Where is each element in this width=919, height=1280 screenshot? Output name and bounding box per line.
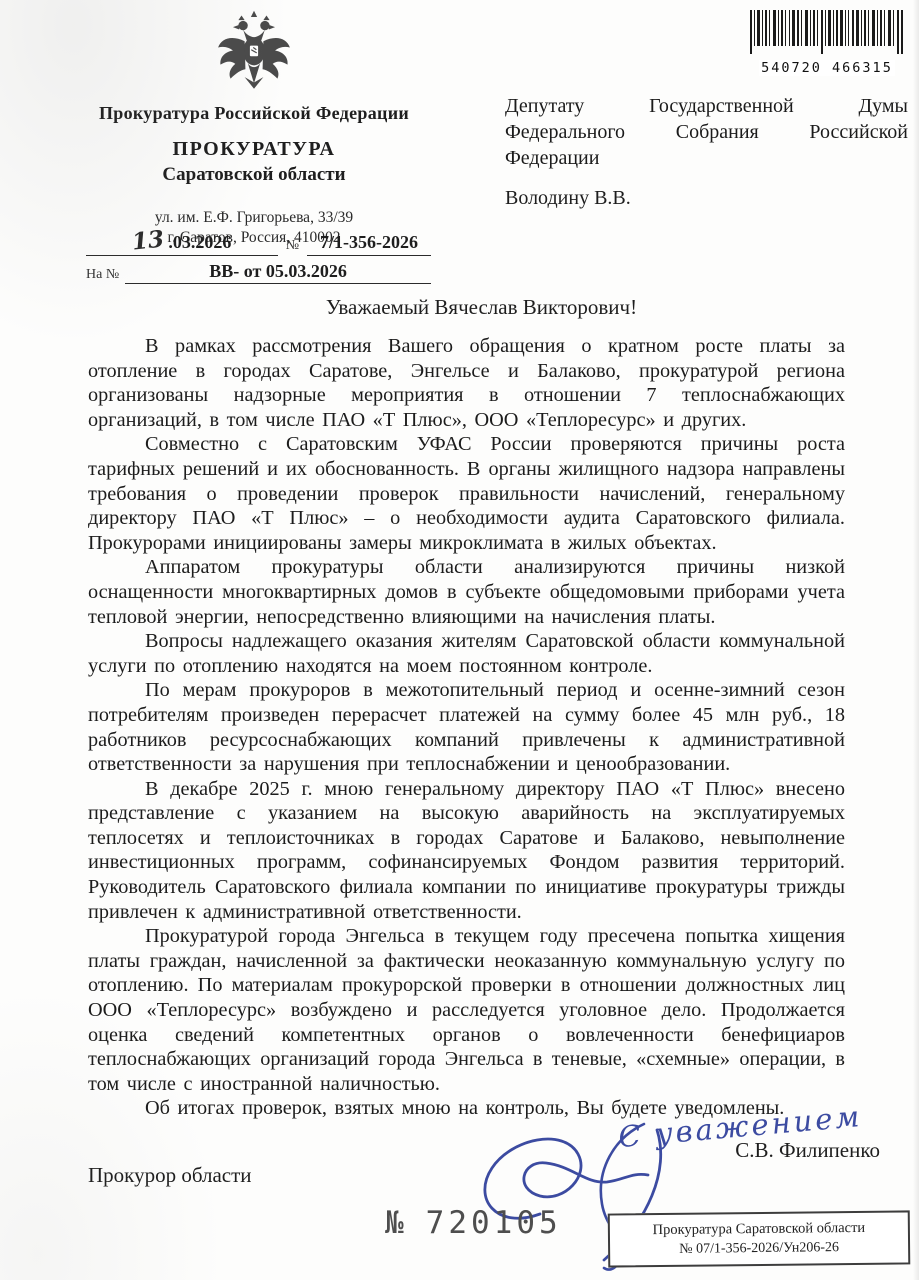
reference-value-field: ВВ- от 05.03.2026 bbox=[125, 261, 431, 284]
stamp-org-line: Прокуратура Саратовской области bbox=[610, 1219, 908, 1239]
org-address-line1: ул. им. Е.Ф. Григорьева, 33/39 bbox=[86, 208, 422, 228]
registration-stamp-box: Прокуратура Саратовской области № 07/1-3… bbox=[608, 1210, 911, 1267]
registration-number: №720105 bbox=[385, 1205, 562, 1241]
addressee-title: Депутату Государственной Думы Федерально… bbox=[505, 93, 908, 171]
reference-row: На № ВВ- от 05.03.2026 bbox=[86, 261, 431, 284]
org-top-line: Прокуратура Российской Федерации bbox=[86, 103, 422, 124]
date-row: 13.03.2026 № 7/1-356-2026 bbox=[86, 227, 431, 256]
barcode-bars-icon bbox=[748, 10, 906, 54]
paragraph-1: В рамках рассмотрения Вашего обращения о… bbox=[88, 334, 845, 432]
signer-position: Прокурор области bbox=[88, 1163, 252, 1188]
registration-number-sign: № bbox=[385, 1205, 408, 1241]
letterhead: Прокуратура Российской Федерации ПРОКУРА… bbox=[86, 8, 422, 248]
reference-label: На № bbox=[86, 267, 119, 284]
paragraph-7: Прокуратурой города Энгельса в текущем г… bbox=[88, 924, 845, 1096]
paragraph-6: В декабре 2025 г. мною генеральному дире… bbox=[88, 777, 845, 925]
coat-of-arms-icon bbox=[215, 8, 293, 95]
org-region: Саратовской области bbox=[86, 164, 422, 186]
scanned-letter-page: Прокуратура Российской Федерации ПРОКУРА… bbox=[0, 0, 919, 1280]
registration-number-value: 720105 bbox=[426, 1205, 562, 1241]
handwritten-day: 13 bbox=[131, 225, 166, 255]
addressee-name: Володину В.В. bbox=[505, 187, 908, 210]
date-number-block: 13.03.2026 № 7/1-356-2026 На № ВВ- от 05… bbox=[86, 227, 431, 284]
barcode: 540720 466315 bbox=[748, 10, 906, 77]
paragraph-4: Вопросы надлежащего оказания жителям Сар… bbox=[88, 629, 845, 678]
stamp-number-line: № 07/1-356-2026/Ун206-26 bbox=[610, 1239, 908, 1258]
doc-number-field: 7/1-356-2026 bbox=[307, 232, 431, 256]
barcode-digits: 540720 466315 bbox=[759, 60, 895, 76]
number-sign: № bbox=[286, 238, 299, 254]
salutation: Уважаемый Вячеслав Викторович! bbox=[88, 295, 845, 320]
paragraph-5: По мерам прокуроров в межотопительный пе… bbox=[88, 678, 845, 776]
letter-body: В рамках рассмотрения Вашего обращения о… bbox=[88, 334, 845, 1121]
date-rest: .03.2026 bbox=[168, 232, 231, 252]
signer-name: С.В. Филипенко bbox=[700, 1138, 880, 1163]
addressee-block: 540720 466315 Депутату Государственной Д… bbox=[505, 10, 908, 210]
paragraph-2: Совместно с Саратовским УФАС России пров… bbox=[88, 432, 845, 555]
paragraph-3: Аппаратом прокуратуры области анализирую… bbox=[88, 555, 845, 629]
date-field: 13.03.2026 bbox=[86, 227, 278, 256]
org-name: ПРОКУРАТУРА bbox=[86, 138, 422, 161]
